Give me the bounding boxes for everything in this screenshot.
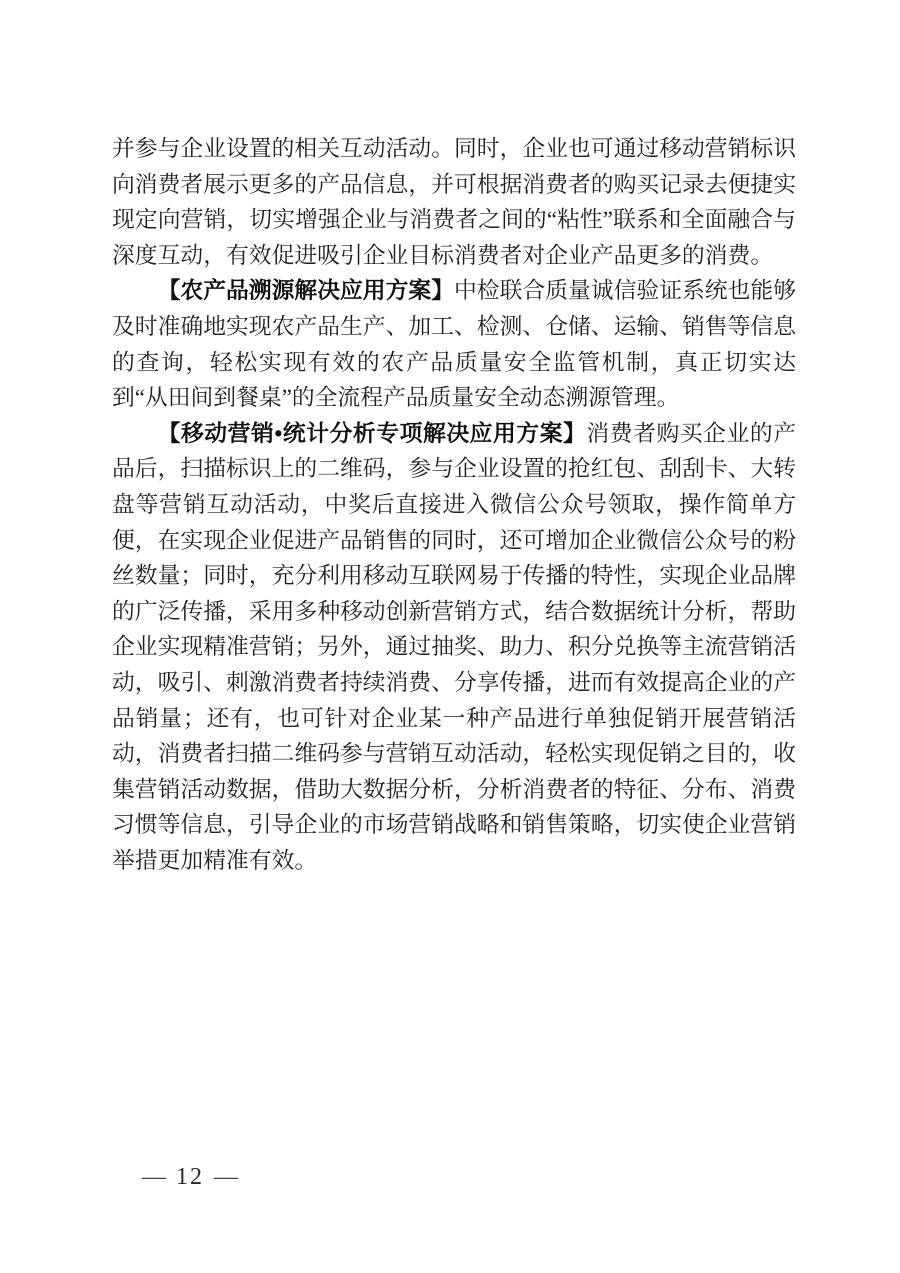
paragraph-text: 消费者购买企业的产品后，扫描标识上的二维码，参与企业设置的抢红包、刮刮卡、大转盘… — [112, 421, 796, 873]
page-footer: —12— — [138, 1164, 242, 1191]
footer-dash-left: — — [142, 1164, 166, 1190]
paragraph-text: 并参与企业设置的相关互动活动。同时，企业也可通过移动营销标识向消费者展示更多的产… — [112, 136, 796, 268]
document-body: 并参与企业设置的相关互动活动。同时，企业也可通过移动营销标识向消费者展示更多的产… — [112, 131, 796, 878]
paragraph-mobile-marketing: 【移动营销•统计分析专项解决应用方案】消费者购买企业的产品后，扫描标识上的二维码… — [112, 416, 796, 879]
document-page: 并参与企业设置的相关互动活动。同时，企业也可通过移动营销标识向消费者展示更多的产… — [0, 0, 900, 1273]
paragraph-agri-traceability: 【农产品溯源解决应用方案】中检联合质量诚信验证系统也能够及时准确地实现农产品生产… — [112, 273, 796, 415]
section-header-mobile-marketing: 【移动营销•统计分析专项解决应用方案】 — [158, 421, 587, 446]
section-header-agri-traceability: 【农产品溯源解决应用方案】 — [158, 278, 454, 303]
page-number: 12 — [176, 1164, 204, 1190]
paragraph-continuation: 并参与企业设置的相关互动活动。同时，企业也可通过移动营销标识向消费者展示更多的产… — [112, 131, 796, 273]
footer-dash-right: — — [214, 1164, 238, 1190]
